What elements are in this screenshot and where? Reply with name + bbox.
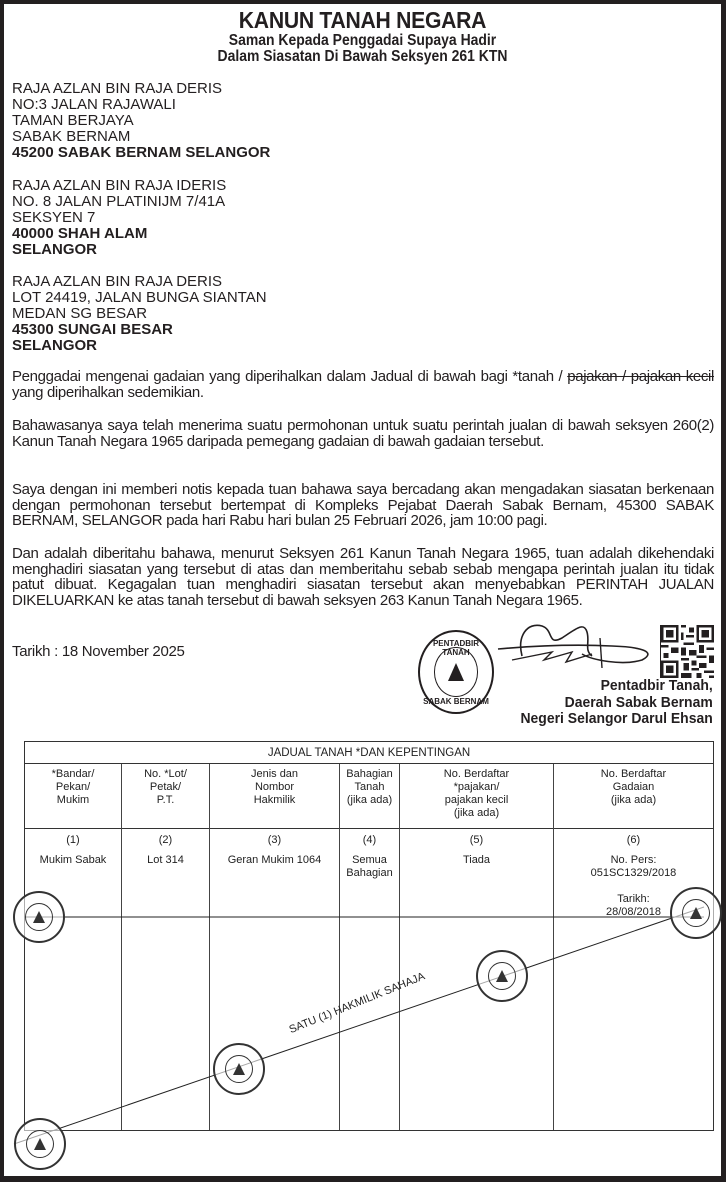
address-line: RAJA AZLAN BIN RAJA IDERIS	[12, 178, 226, 194]
address-postcode-line: 45300 SUNGAI BESAR	[12, 322, 267, 338]
schedule-column: BahagianTanah(jika ada)(4)SemuaBahagian	[340, 764, 400, 1130]
column-value: Geran Mukim 1064	[210, 847, 339, 867]
seal-top-text: PENTADBIR TANAH	[420, 639, 492, 657]
address-line: RAJA AZLAN BIN RAJA DERIS	[12, 274, 267, 290]
seal-bottom-text: SABAK BERNAM	[420, 697, 492, 706]
address-block-3: RAJA AZLAN BIN RAJA DERIS LOT 24419, JAL…	[12, 274, 267, 354]
page-subtitle-line2: Dalam Siasatan Di Bawah Seksyen 261 KTN	[40, 49, 685, 65]
seal-stamp-icon	[14, 1118, 66, 1170]
notice-date: Tarikh : 18 November 2025	[12, 643, 185, 660]
column-header: *Bandar/Pekan/Mukim	[25, 764, 121, 829]
schedule-column: No. *Lot/Petak/P.T.(2)Lot 314	[122, 764, 210, 1130]
notice-page: KANUN TANAH NEGARA Saman Kepada Penggada…	[4, 4, 721, 1176]
column-number: (4)	[340, 829, 399, 847]
paragraph-warning: Dan adalah diberitahu bahawa, menurut Se…	[12, 546, 714, 608]
column-number: (2)	[122, 829, 209, 847]
column-value: Tiada	[400, 847, 553, 867]
seal-stamp-icon	[213, 1043, 265, 1095]
address-line: LOT 24419, JALAN BUNGA SIANTAN	[12, 290, 267, 306]
address-postcode-line: 40000 SHAH ALAM	[12, 226, 226, 242]
signatory-district: Daerah Sabak Bernam	[521, 695, 713, 712]
column-header: Jenis danNomborHakmilik	[210, 764, 339, 829]
page-title: KANUN TANAH NEGARA	[33, 7, 693, 34]
column-header: No. *Lot/Petak/P.T.	[122, 764, 209, 829]
address-block-1: RAJA AZLAN BIN RAJA DERIS NO:3 JALAN RAJ…	[12, 81, 270, 161]
signature-icon	[492, 616, 660, 670]
address-line: RAJA AZLAN BIN RAJA DERIS	[12, 81, 270, 97]
seal-stamp-icon	[13, 891, 65, 943]
struck-text: pajakan / pajakan kecil	[567, 368, 714, 385]
signatory-block: Pentadbir Tanah, Daerah Sabak Bernam Neg…	[521, 678, 713, 728]
address-line: NO. 8 JALAN PLATINIJM 7/41A	[12, 194, 226, 210]
address-line: SEKSYEN 7	[12, 210, 226, 226]
address-line: SABAK BERNAM	[12, 129, 270, 145]
paragraph-application: Bahawasanya saya telah menerima suatu pe…	[12, 418, 714, 449]
column-number: (6)	[554, 829, 713, 847]
paragraph-text: Penggadai mengenai gadaian yang diperiha…	[12, 368, 567, 385]
official-seal-icon: PENTADBIR TANAH SABAK BERNAM	[418, 630, 494, 714]
page-subtitle-line1: Saman Kepada Penggadai Supaya Hadir	[40, 33, 685, 49]
signatory-title: Pentadbir Tanah,	[521, 678, 713, 695]
column-number: (5)	[400, 829, 553, 847]
land-schedule-table: JADUAL TANAH *DAN KEPENTINGAN *Bandar/Pe…	[24, 741, 714, 1131]
column-number: (3)	[210, 829, 339, 847]
address-line: MEDAN SG BESAR	[12, 306, 267, 322]
column-header: BahagianTanah(jika ada)	[340, 764, 399, 829]
schedule-columns: *Bandar/Pekan/Mukim(1)Mukim SabakNo. *Lo…	[25, 764, 713, 1130]
schedule-column: *Bandar/Pekan/Mukim(1)Mukim Sabak	[25, 764, 122, 1130]
crest-icon	[448, 663, 464, 681]
address-postcode-line: 45200 SABAK BERNAM SELANGOR	[12, 145, 270, 161]
schedule-column: No. Berdaftar*pajakan/pajakan kecil(jika…	[400, 764, 554, 1130]
paragraph-inquiry-notice: Saya dengan ini memberi notis kepada tua…	[12, 482, 714, 529]
schedule-title: JADUAL TANAH *DAN KEPENTINGAN	[25, 742, 713, 764]
address-block-2: RAJA AZLAN BIN RAJA IDERIS NO. 8 JALAN P…	[12, 178, 226, 258]
column-value: Lot 314	[122, 847, 209, 867]
signatory-state: Negeri Selangor Darul Ehsan	[521, 711, 713, 728]
column-number: (1)	[25, 829, 121, 847]
column-value: SemuaBahagian	[340, 847, 399, 880]
column-value: Mukim Sabak	[25, 847, 121, 867]
address-line: TAMAN BERJAYA	[12, 113, 270, 129]
column-header: No. Berdaftar*pajakan/pajakan kecil(jika…	[400, 764, 553, 829]
schedule-column: No. BerdaftarGadaian(jika ada)(6)No. Per…	[554, 764, 713, 1130]
qr-code-icon	[660, 625, 715, 678]
paragraph-text: yang diperihalkan sedemikian.	[12, 384, 204, 401]
seal-stamp-icon	[476, 950, 528, 1002]
paragraph-mortgagor: Penggadai mengenai gadaian yang diperiha…	[12, 369, 714, 400]
address-state-line: SELANGOR	[12, 242, 226, 258]
address-state-line: SELANGOR	[12, 338, 267, 354]
address-line: NO:3 JALAN RAJAWALI	[12, 97, 270, 113]
column-header: No. BerdaftarGadaian(jika ada)	[554, 764, 713, 829]
seal-stamp-icon	[670, 887, 722, 939]
